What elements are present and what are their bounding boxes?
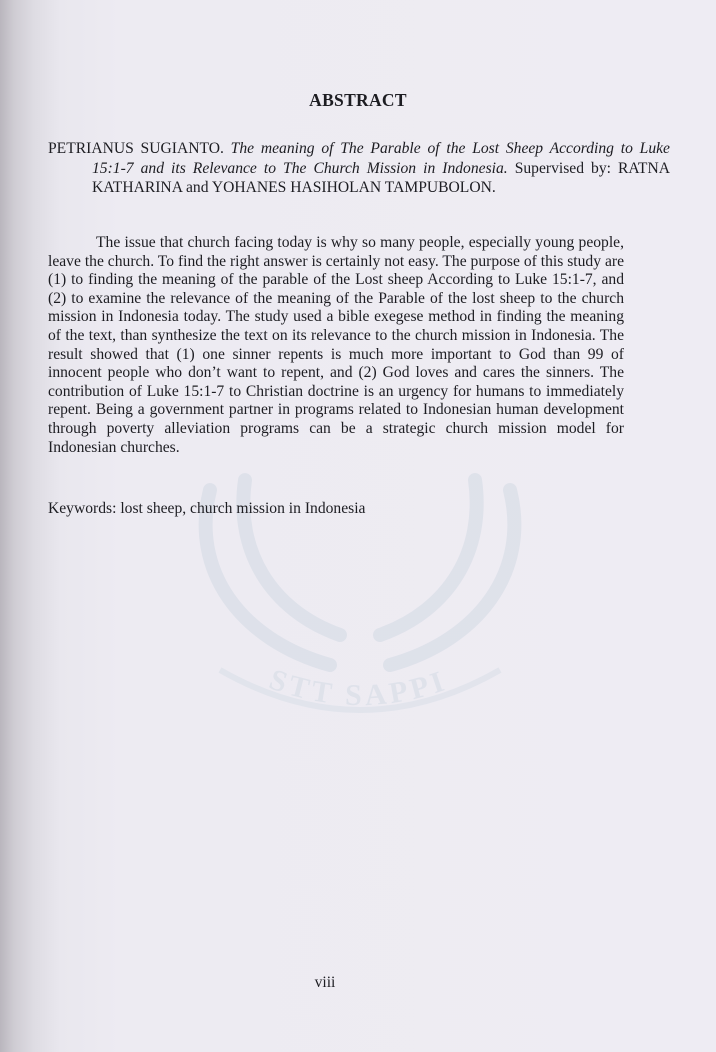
- page-number: viii: [0, 974, 650, 992]
- abstract-paragraph: The issue that church facing today is wh…: [48, 234, 624, 457]
- thesis-citation: PETRIANUS SUGIANTO. The meaning of The P…: [48, 139, 670, 198]
- document-page: STT SAPPI ABSTRACT PETRIANUS SUGIANTO. T…: [0, 0, 716, 1052]
- svg-text:STT SAPPI: STT SAPPI: [265, 663, 452, 712]
- institution-logo-watermark: STT SAPPI: [150, 450, 570, 750]
- author-name: PETRIANUS SUGIANTO.: [48, 140, 224, 157]
- keywords-line: Keywords: lost sheep, church mission in …: [48, 499, 365, 518]
- abstract-heading: ABSTRACT: [0, 90, 716, 111]
